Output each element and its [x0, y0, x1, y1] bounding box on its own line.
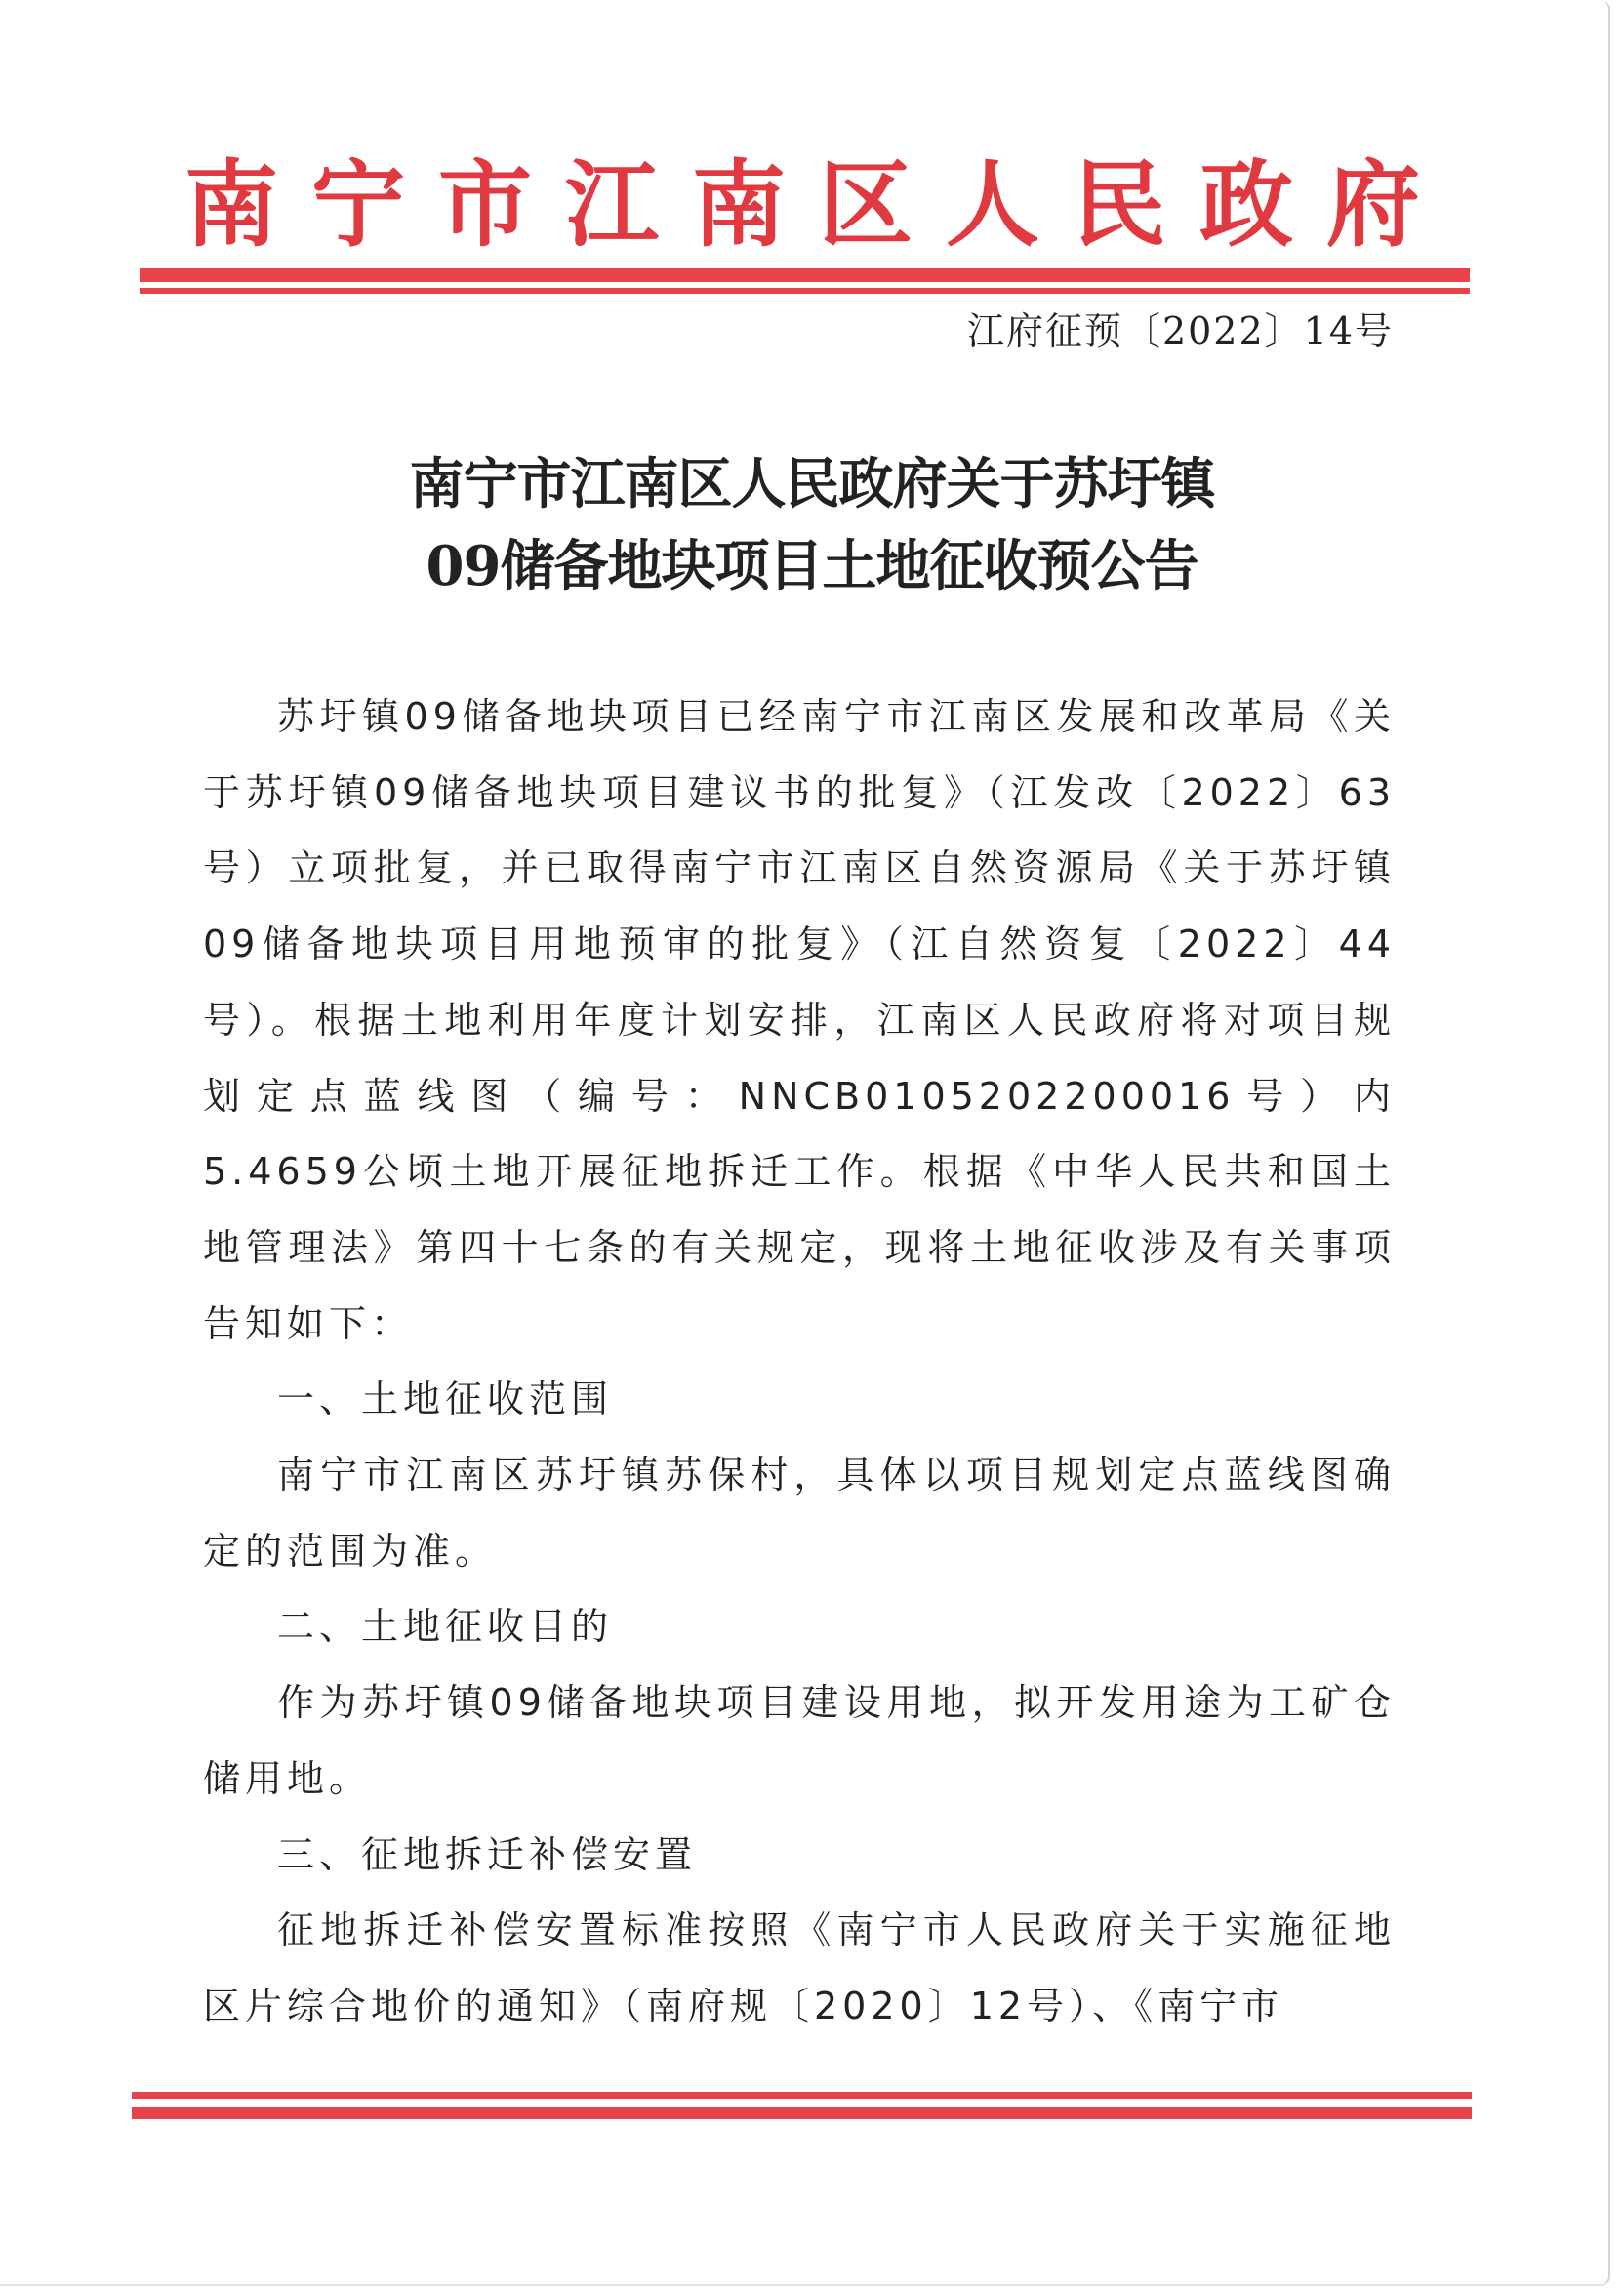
intro-paragraph: 苏圩镇09储备地块项目已经南宁市江南区发展和改革局《关于苏圩镇09储备地块项目建…	[203, 679, 1396, 1362]
document-number: 江府征预〔2022〕14号	[967, 307, 1394, 355]
header-rule-thin	[140, 288, 1470, 294]
purpose-paragraph: 作为苏圩镇09储备地块项目建设用地，拟开发用途为工矿仓储用地。	[203, 1665, 1396, 1817]
footer-rule-thin	[132, 2092, 1472, 2099]
scope-paragraph: 南宁市江南区苏圩镇苏保村，具体以项目规划定点蓝线图确定的范围为准。	[203, 1438, 1396, 1589]
header-rule-thick	[140, 268, 1470, 282]
compensation-paragraph: 征地拆迁补偿安置标准按照《南宁市人民政府关于实施征地区片综合地价的通知》（南府规…	[203, 1893, 1396, 2044]
issuer-masthead: 南宁市江南区人民政府	[0, 146, 1624, 264]
section-heading-compensation: 三、征地拆迁补偿安置	[203, 1818, 1396, 1894]
title-line-2: 09储备地块项目土地征收预公告	[0, 525, 1624, 607]
footer-rule-thick	[132, 2107, 1472, 2119]
section-heading-purpose: 二、土地征收目的	[203, 1589, 1396, 1665]
section-heading-scope: 一、土地征收范围	[203, 1362, 1396, 1438]
document-title: 南宁市江南区人民政府关于苏圩镇 09储备地块项目土地征收预公告	[0, 443, 1624, 607]
title-line-1: 南宁市江南区人民政府关于苏圩镇	[0, 443, 1624, 525]
document-body: 苏圩镇09储备地块项目已经南宁市江南区发展和改革局《关于苏圩镇09储备地块项目建…	[203, 679, 1396, 2045]
